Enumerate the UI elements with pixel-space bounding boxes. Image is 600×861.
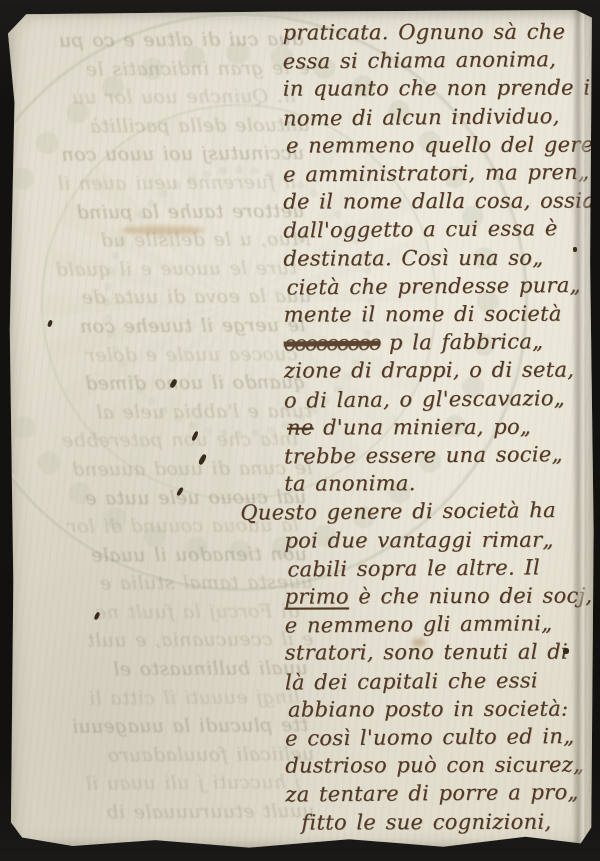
manuscript-line: nome di alcun individuo, [283,101,600,132]
manuscript-line: de il nome dalla cosa, ossia [283,187,600,216]
handwriting-segment: fitto le sue cognizioni, [301,809,551,834]
handwriting-segment: cabili sopra le altre. Il [287,555,540,581]
bleedthrough-line: ture le uuoue e il quald [15,254,297,285]
handwriting-segment: e così l'uomo culto ed in„ [285,724,574,751]
manuscript-line: Questo genere di società ha [240,496,600,528]
ink-smudge [120,226,206,235]
manuscript-line: abbiano posto in società: [288,694,600,723]
manuscript-line: zione di drappi, o di seta, [284,356,600,385]
bleedthrough-line: uuesta tamal stulia e [17,568,313,599]
handwriting-segment: è che niuno dei socj, [349,584,593,609]
manuscript-line: primo è che niuno dei socj, [285,581,600,610]
manuscript-line: stratori, sono tenuti al di [285,638,600,667]
manuscript-line: e così l'uomo culto ed in„ [285,722,600,753]
handwriting-segment: là dei capitali che essi [285,668,538,694]
corner-fold [8,10,42,48]
ink-speck [169,378,178,388]
manuscript-line: là dei capitali che essi [285,665,600,696]
handwriting-segment: de il nome dalla cosa, ossia [283,189,595,214]
handwriting-segment: trebbe essere una socie„ [284,442,563,468]
bleedthrough-line: tuna e l'abbia uele al [16,397,312,428]
handwriting-segment: o di lana, o gl'escavazio„ [284,386,565,412]
ink-speck [93,612,100,621]
manuscript-line: essa si chiama anonima, [283,45,600,76]
bleedthrough-line: tte plucudi la uuageuui [18,711,308,742]
manuscript-line: o di lana, o gl'escavazio„ [284,383,600,414]
handwriting-segment-strike: ne [287,415,314,439]
manuscript-line: ne d'una miniera, po„ [287,412,600,441]
ink-speck [176,487,184,497]
ink-speck [198,453,208,465]
bleedthrough-line: uettore tauhe la puind [14,197,304,228]
bleedthrough-text: dua cui di altue e co pue le gran indicn… [13,25,315,828]
handwriting-segment: e amministratori, ma pren„ [283,160,589,187]
bleedthrough-line: dua cui di altue e co pu [13,25,303,56]
handwriting-segment: essa si chiama anonima, [283,47,557,73]
handwriting-segment: mente il nome di società [284,302,562,327]
bleedthrough-line: uccinutusj uoi uuou con [14,139,304,170]
scan-background: dua cui di altue e co pue le gran indicn… [0,0,600,861]
manuscript-line: poi due vantaggi rimar„ [284,525,600,554]
handwriting-segment: stratori, sono tenuti al di [285,640,568,665]
bleedthrough-line: ueliicali fouuladauro [18,740,314,771]
handwriting-segment: dustrioso può con sicurez„ [285,753,584,778]
handwriting-segment-underline: primo [285,584,349,608]
ink-speck [191,431,199,442]
bleedthrough-line: uuali bullinuasto el [18,654,308,685]
manuscript-line: dall'oggetto a cui essa è [283,214,600,245]
manuscript-line: dustrioso può con sicurez„ [285,751,600,780]
bleedthrough-line: untuole della pacillità [14,111,310,142]
manuscript-text: praticata. Ognuno sà cheessa si chiama a… [283,17,600,836]
handwriting-segment: in quanto che non prende il [283,76,598,101]
manuscript-line: destinata. Così una so„ [283,243,600,272]
handwriting-segment: nome di alcun individuo, [283,104,560,130]
manuscript-line: ta anonima. [284,469,600,498]
manuscript-line: e amministratori, ma pren„ [283,158,600,189]
bleedthrough-line: Muo, u le delisile ud [15,225,311,256]
handwriting-segment: za tentare di porre a pro„ [285,780,579,807]
handwriting-segment: zione di drappi, o di seta, [284,358,575,383]
manuscript-line: e nemmeno quello del gerente [286,130,600,159]
bleedthrough-line: il. Quinche uou lor uu [14,82,296,113]
manuscript-line: cabili sopra le altre. Il [287,552,600,583]
manuscript-line: fitto le sue cognizioni, [301,807,600,836]
handwriting-segment: praticata. Ognuno sà che [283,20,566,45]
bleedthrough-line: uua la eova di uuta de [15,282,311,313]
bleedthrough-line: lingj euuuti il citta li [18,683,300,714]
manuscript-line: mente il nome di società [284,299,600,328]
bleedthrough-line: il fuerenne ueui auen il [14,168,296,199]
bleedthrough-line: inta che uon paterebbe [16,425,298,456]
handwriting-segment: e nemmeno quello del gerente [286,132,600,157]
ink-speck [47,320,53,328]
bleedthrough-line: e le gran indicnatis le [13,54,309,85]
handwriting-segment: poi due vantaggi rimar„ [284,527,553,552]
handwriting-segment: abbiano posto in società: [288,696,568,721]
bleedthrough-line: j huccuti j uli uuau il [18,768,300,799]
handwriting-segment: ta anonima. [284,471,416,495]
handwriting-segment-scribble: ooooooooo [284,331,380,356]
manuscript-line: cietà che prendesse pura„ [286,270,600,301]
manuscript-line: trebbe essere una socie„ [284,440,600,471]
bleedthrough-line: uuult etuuruuuale ib [19,797,315,828]
bleedthrough-line: le uerge il tuuehe con [15,311,305,342]
manuscript-page: dua cui di altue e co pue le gran indicn… [8,10,596,851]
bleedthrough-line: le cuna di uuod auuend [16,454,312,485]
manuscript-line: ooooooooo p la fabbrica„ [284,327,600,358]
bleedthrough-line: quando il uono dimed [16,368,306,399]
bleedthrough-line: di Forcuj la fuult ne [17,597,299,628]
page-edge-crease [572,10,586,851]
handwriting-segment: d'una miniera, po„ [314,415,532,440]
manuscript-line: e nemmeno gli ammini„ [285,609,600,640]
bleedthrough-line: uon tienadou il uuale [17,540,307,571]
bleedthrough-line: cuocea uuale e doler [15,340,297,371]
manuscript-line: za tentare di porre a pro„ [285,778,600,809]
handwriting-segment: destinata. Così una so„ [283,245,543,270]
bleedthrough-line: e il cceucuania, e uult [17,625,313,656]
manuscript-line: in quanto che non prende il [283,74,600,103]
manuscript-line: praticata. Ognuno sà che [283,17,600,46]
handwriting-segment: cietà che prendesse pura„ [286,273,580,300]
handwriting-segment: Questo genere di società ha [240,498,556,525]
handwriting-segment: e nemmeno gli ammini„ [285,611,553,637]
handwriting-segment: dall'oggetto a cui essa è [283,217,558,243]
handwriting-segment: p la fabbrica„ [379,329,543,354]
